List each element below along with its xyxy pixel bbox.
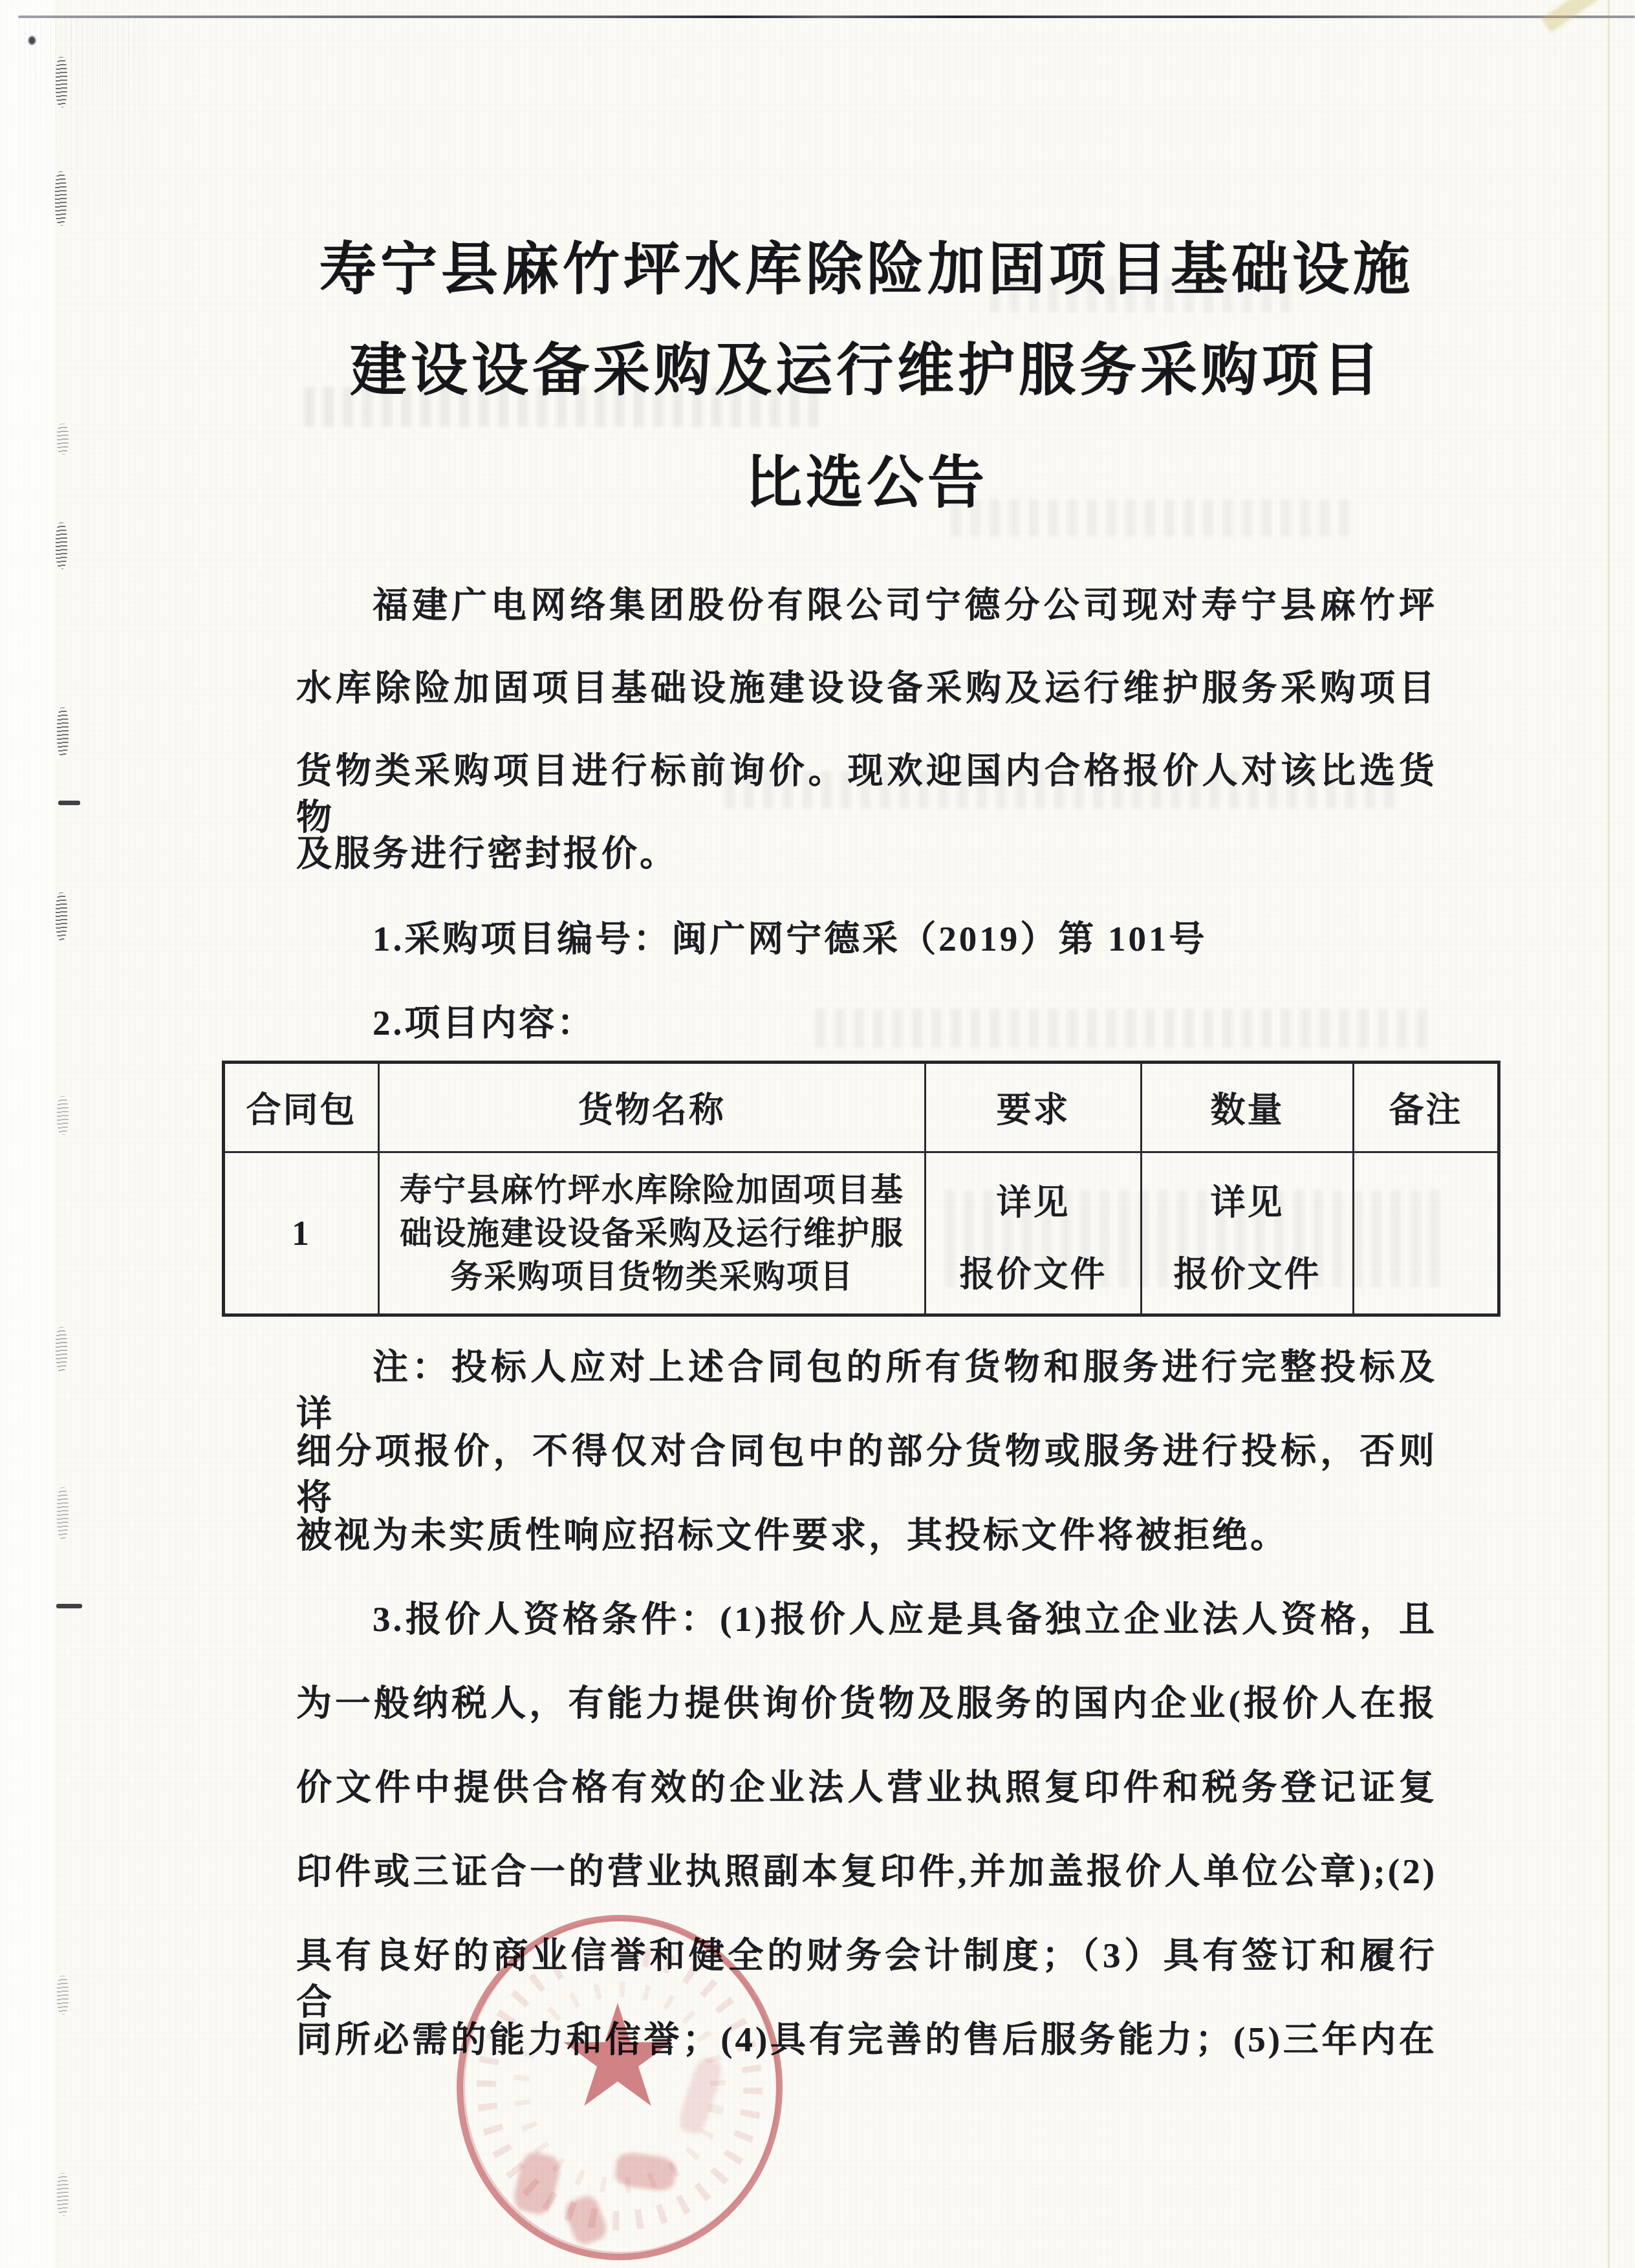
scan-hatch-artifact [19, 19, 146, 233]
scan-scribble [56, 1327, 67, 1372]
scan-scribble [57, 1096, 69, 1135]
table-cell-remark [1354, 1153, 1497, 1313]
scanned-document-page: 寿宁县麻竹坪水库除险加固项目基础设施 建设设备采购及运行维护服务采购项目 比选公… [0, 0, 1635, 2268]
scan-dash [58, 801, 80, 805]
qualification-line: 为一般纳税人，有能力提供询价货物及服务的国内企业(报价人在报 [296, 1680, 1437, 1733]
body-line: 水库除险加固项目基础设施建设设备采购及运行维护服务采购项目 [296, 665, 1437, 718]
quantity-line: 详见 [1211, 1175, 1284, 1225]
requirement-line: 报价文件 [960, 1247, 1107, 1297]
scan-scribble [56, 892, 67, 940]
quantity-line: 报价文件 [1174, 1247, 1321, 1297]
table-header-requirement: 要求 [926, 1064, 1142, 1153]
document-title-line-3: 比选公告 [296, 445, 1437, 523]
scan-scribble [57, 1976, 69, 2014]
table-cell-goods: 寿宁县麻竹坪水库除险加固项目基础设施建设设备采购及运行维护服务采购项目货物类采购… [380, 1153, 926, 1313]
scan-scribble [57, 424, 69, 455]
table-header-remark: 备注 [1354, 1064, 1497, 1153]
scan-scribble [57, 2173, 69, 2216]
table-header-package: 合同包 [225, 1064, 380, 1153]
seal-star-icon [563, 2003, 671, 2106]
qualification-line: 印件或三证合一的营业执照副本复印件,并加盖报价人单位公章);(2) [296, 1848, 1437, 1901]
requirement-line: 详见 [997, 1175, 1070, 1225]
scan-page-edge [0, 0, 56, 2268]
body-line: 福建广电网络集团股份有限公司宁德分公司现对寿宁县麻竹坪 [296, 582, 1437, 635]
qualification-line: 3.报价人资格条件：(1)报价人应是具备独立企业法人资格，且 [296, 1596, 1437, 1649]
table-header-goods: 货物名称 [380, 1064, 926, 1153]
document-title-line-1: 寿宁县麻竹坪水库除险加固项目基础设施 [296, 232, 1437, 309]
qualification-line: 价文件中提供合格有效的企业法人营业执照复印件和税务登记证复 [296, 1764, 1437, 1817]
scan-scribble [56, 57, 67, 107]
table-cell-package: 1 [225, 1153, 380, 1313]
contract-package-table: 合同包 货物名称 要求 数量 备注 1 寿宁县麻竹坪水库除险加固项目基础设施建设… [222, 1061, 1500, 1317]
scan-scribble [57, 1487, 69, 1539]
note-line: 被视为未实质性响应招标文件要求，其投标文件将被拒绝。 [296, 1512, 1437, 1565]
scan-top-line-artifact [18, 16, 1635, 18]
body-line: 货物类采购项目进行标前询价。现欢迎国内合格报价人对该比选货物 [296, 748, 1437, 801]
body-line: 及服务进行密封报价。 [296, 830, 1437, 883]
note-line: 细分项报价，不得仅对合同包中的部分货物或服务进行投标，否则将 [296, 1428, 1437, 1481]
table-cell-quantity: 详见 报价文件 [1142, 1153, 1354, 1313]
scan-yellow-line [1608, 0, 1610, 2268]
note-line: 注：投标人应对上述合同包的所有货物和服务进行完整投标及详 [296, 1344, 1437, 1397]
scan-dash [56, 1604, 82, 1608]
scan-scribble [55, 171, 67, 226]
document-title-line-2: 建设设备采购及运行维护服务采购项目 [296, 332, 1437, 410]
official-seal [439, 1906, 801, 2268]
table-header-quantity: 数量 [1142, 1064, 1354, 1153]
scan-scribble [56, 523, 67, 569]
item-project-number: 1.采购项目编号：闽广网宁德采（2019）第 101号 [296, 916, 1437, 969]
scan-scribble [57, 707, 69, 757]
table-cell-requirement: 详见 报价文件 [926, 1153, 1142, 1313]
item-project-content: 2.项目内容： [296, 1000, 1437, 1053]
